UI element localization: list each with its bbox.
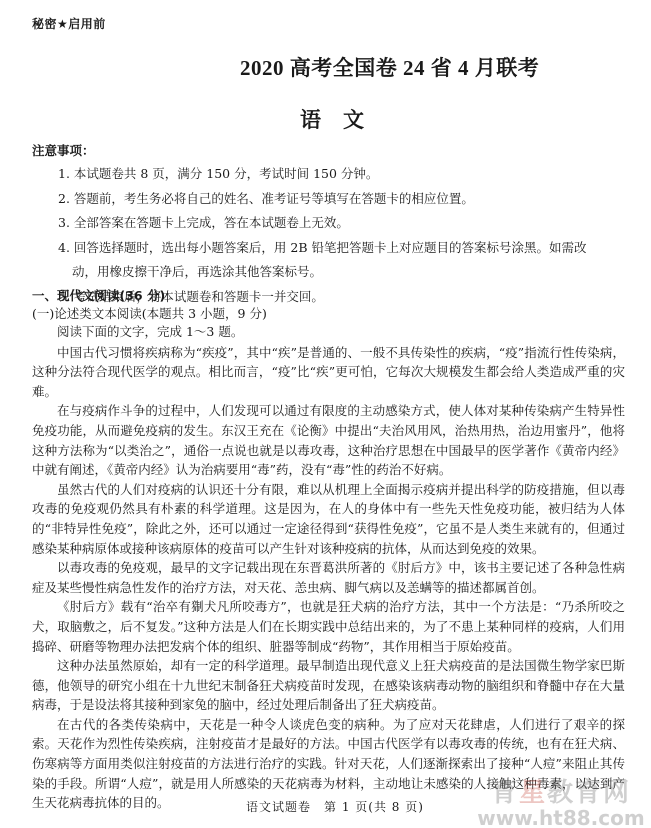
section-heading: 一、现代文阅读(36 分) [32, 286, 165, 304]
watermark-char: 教育网 [547, 778, 631, 808]
notice-item: 3. 全部答案在答题卡上完成，答在本试题卷上无效。 [58, 211, 638, 236]
subject-title: 语文 [300, 104, 386, 134]
exam-title: 2020 高考全国卷 24 省 4 月联考 [240, 52, 539, 82]
notice-item: 1. 本试题卷共 8 页，满分 150 分，考试时间 150 分钟。 [58, 162, 638, 187]
watermark-char: 育 [491, 778, 519, 808]
confidential-label: 秘密★启用前 [32, 15, 106, 32]
passage-paragraph: 虽然古代的人们对疫病的认识还十分有限，难以从机理上全面揭示疫病并提出科学的防疫措… [32, 480, 625, 558]
passage-instruction: 阅读下面的文字，完成 1～3 题。 [32, 322, 625, 342]
passage-paragraph: 以毒攻毒的免疫观，最早的文字记载出现在东晋葛洪所著的《肘后方》中，该书主要记述了… [32, 558, 625, 597]
subsection-heading: (一)论述类文本阅读(本题共 3 小题，9 分) [32, 304, 267, 322]
passage-paragraph: 在与疫病作斗争的过程中，人们发现可以通过有限度的主动感染方式，使人体对某种传染病… [32, 401, 625, 479]
reading-passage: 阅读下面的文字，完成 1～3 题。 中国古代习惯将疾病称为“疾疫”，其中“疾”是… [32, 322, 625, 813]
notice-item: 4. 回答选择题时，选出每小题答案后，用 2B 铅笔把答题卡上对应题目的答案标号… [58, 236, 638, 261]
passage-paragraph: 中国古代习惯将疾病称为“疾疫”，其中“疾”是普通的、一般不具传染性的疾病，“疫”… [32, 343, 625, 402]
exam-page: 秘密★启用前 2020 高考全国卷 24 省 4 月联考 语文 注意事项： 1.… [0, 0, 651, 828]
watermark-char-red: 星 [519, 778, 547, 808]
notice-heading: 注意事项： [32, 141, 95, 159]
watermark-url: www.ht88.com [476, 807, 646, 828]
watermark-logo: 育星教育网 www.ht88.com [476, 779, 646, 828]
page-footer: 语文试题卷 第 1 页(共 8 页) [246, 798, 424, 815]
watermark-text: 育星教育网 [476, 779, 646, 807]
notice-item-continued: 动，用橡皮擦干净后，再选涂其他答案标号。 [58, 260, 638, 285]
passage-paragraph: 这种办法虽然原始，却有一定的科学道理。最早制造出现代意义上狂犬病疫苗的是法国微生… [32, 656, 625, 715]
notice-item: 2. 答题前，考生务必将自己的姓名、准考证号等填写在答题卡的相应位置。 [58, 187, 638, 212]
passage-paragraph: 《肘后方》载有“治卒有猘犬凡所咬毒方”，也就是狂犬病的治疗方法，其中一个方法是：… [32, 597, 625, 656]
